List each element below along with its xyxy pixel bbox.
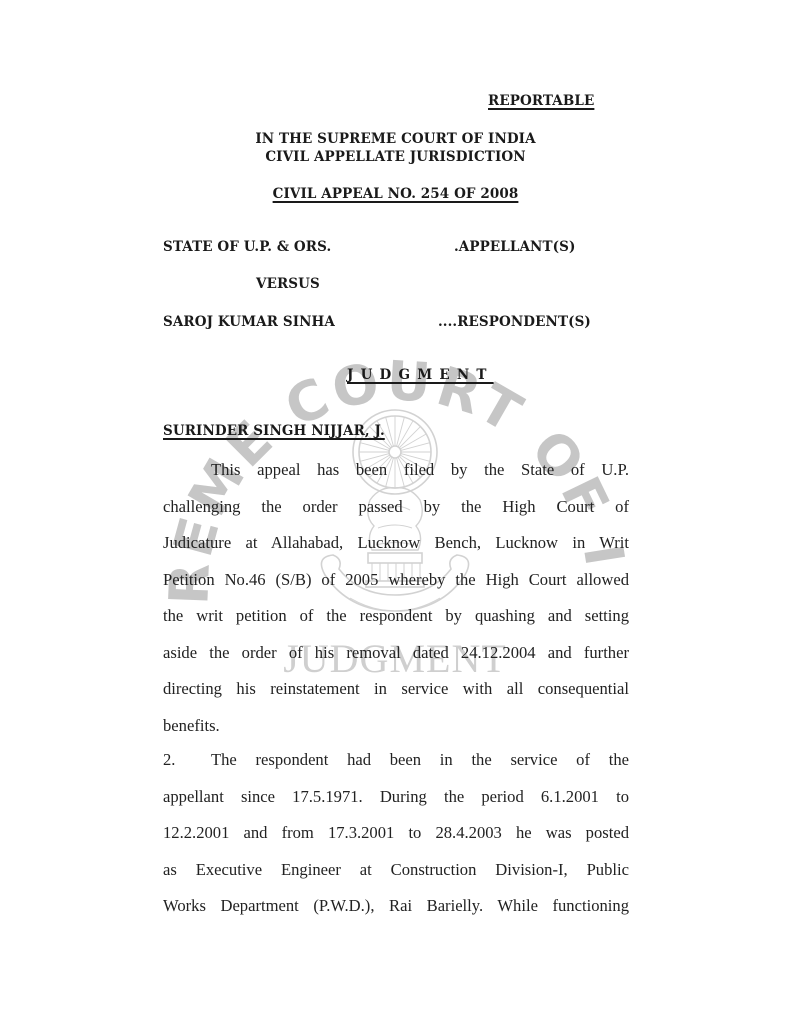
paragraph-line: challenging the order passed by the High… xyxy=(163,489,629,526)
paragraph-line: Works Department (P.W.D.), Rai Barielly.… xyxy=(163,888,629,925)
versus-label: VERSUS xyxy=(256,276,320,292)
respondent-name: SAROJ KUMAR SINHA xyxy=(163,314,335,330)
appeal-number: CIVIL APPEAL NO. 254 OF 2008 xyxy=(0,186,791,202)
paragraph-line: 12.2.2001 and from 17.3.2001 to 28.4.200… xyxy=(163,815,629,852)
paragraph-first-line: 2. The respondent had been in the servic… xyxy=(163,742,629,779)
judge-name: SURINDER SINGH NIJJAR, J. xyxy=(163,423,385,439)
paragraph-line: Petition No.46 (S/B) of 2005 whereby the… xyxy=(163,562,629,599)
paragraph-line: Judicature at Allahabad, Lucknow Bench, … xyxy=(163,525,629,562)
jurisdiction: CIVIL APPELLATE JURISDICTION xyxy=(0,149,791,165)
court-name: IN THE SUPREME COURT OF INDIA xyxy=(0,131,791,147)
appellant-name: STATE OF U.P. & ORS. xyxy=(163,239,331,255)
paragraph-line: as Executive Engineer at Construction Di… xyxy=(163,852,629,889)
appeal-number-text: CIVIL APPEAL NO. 254 OF 2008 xyxy=(273,186,519,202)
paragraph-line: aside the order of his removal dated 24.… xyxy=(163,635,629,672)
paragraph-number: 2. xyxy=(163,742,211,779)
appellant-role: .APPELLANT(S) xyxy=(454,239,575,255)
document-page: SUPREME COURT OF INDIA JUDGMENT REPORTAB… xyxy=(0,0,791,1024)
paragraph-1: This appeal has been filed by the State … xyxy=(163,452,629,744)
respondent-role: ....RESPONDENT(S) xyxy=(438,314,591,330)
document-content: REPORTABLE IN THE SUPREME COURT OF INDIA… xyxy=(0,0,791,1024)
judgment-title: JUDGMENT xyxy=(347,367,494,383)
paragraph-line: the writ petition of the respondent by q… xyxy=(163,598,629,635)
paragraph-2: 2. The respondent had been in the servic… xyxy=(163,742,629,925)
paragraph-line: benefits. xyxy=(163,708,629,745)
paragraph-line: This appeal has been filed by the State … xyxy=(163,452,629,489)
reportable-label: REPORTABLE xyxy=(488,93,594,109)
paragraph-line: appellant since 17.5.1971. During the pe… xyxy=(163,779,629,816)
paragraph-line: The respondent had been in the service o… xyxy=(211,742,629,779)
paragraph-line: directing his reinstatement in service w… xyxy=(163,671,629,708)
